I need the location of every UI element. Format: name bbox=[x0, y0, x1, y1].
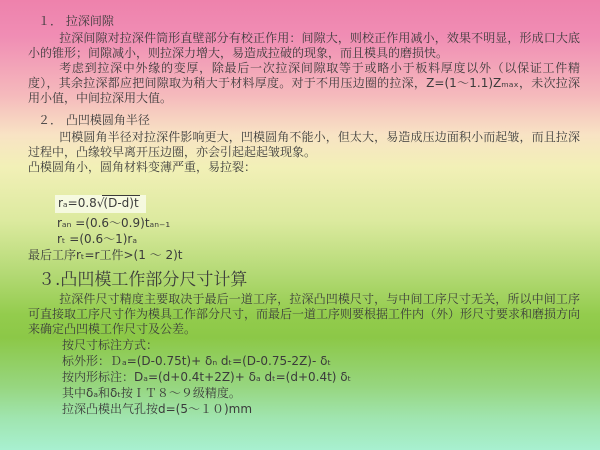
section-3-title: ３.凸凹模工作部分尺寸计算 bbox=[28, 269, 580, 291]
equation-box: rₐ=0.8√(D-d)t bbox=[55, 195, 146, 213]
formula-outer-dimension: 标外形：Ｄₐ=(D-0.75t)+ δₙ dₜ=(D-0.75-2Z)- δₜ bbox=[62, 354, 580, 369]
formula-inner-dimension: 按内形标注：Dₐ=(d+0.4t+2Z)+ δₐ dₜ=(d+0.4t) δₜ bbox=[62, 370, 580, 385]
spacer bbox=[28, 106, 580, 113]
spacer bbox=[28, 175, 580, 195]
formula-radicand: (D-d)t bbox=[102, 195, 139, 210]
formula-last-step: 最后工序rₜ=r工件>(1 ～ 2)t bbox=[28, 248, 580, 263]
formula-radical-prefix: rₐ=0.8√ bbox=[58, 196, 104, 210]
section-2-paragraph-2: 凸模圆角小，圆角材料变薄严重，易拉裂： bbox=[28, 160, 580, 175]
formula-rt: rₜ =(0.6～1)rₐ bbox=[57, 232, 580, 247]
dimension-note-intro: 按尺寸标注方式： bbox=[62, 338, 580, 353]
vent-hole-note: 拉深凸模出气孔按d=(5～１０)mm bbox=[62, 402, 580, 417]
section-1-paragraph-2: 考虑到拉深中外缘的变厚，除最后一次拉深间隙取等于或略小于板料厚度以外（以保证工件… bbox=[28, 61, 580, 106]
section-2-paragraph-1: 凹模圆角半径对拉深件影响更大，凹模圆角不能小，但太大，易造成压边面积小而起皱，而… bbox=[28, 130, 580, 160]
section-1-title: １． 拉深间隙 bbox=[28, 14, 580, 29]
section-1-paragraph-1: 拉深间隙对拉深件筒形直壁部分有校正作用：间隙大，则校正作用减小，效果不明显，形成… bbox=[28, 31, 580, 61]
formula-ran: rₐₙ =(0.6～0.9)tₐₙ₋₁ bbox=[57, 216, 580, 231]
formula-die-corner-radius: rₐ=0.8√(D-d)t bbox=[55, 195, 580, 213]
presentation-slide: １． 拉深间隙 拉深间隙对拉深件筒形直壁部分有校正作用：间隙大，则校正作用减小，… bbox=[0, 0, 600, 450]
tolerance-grade-note: 其中δₐ和δₜ按ＩＴ８～９级精度。 bbox=[62, 386, 580, 401]
section-3-paragraph-1: 拉深件尺寸精度主要取决于最后一道工序，拉深凸凹模尺寸，与中间工序尺寸无关，所以中… bbox=[28, 292, 580, 337]
section-2-title: ２． 凸凹模圆角半径 bbox=[28, 113, 580, 128]
